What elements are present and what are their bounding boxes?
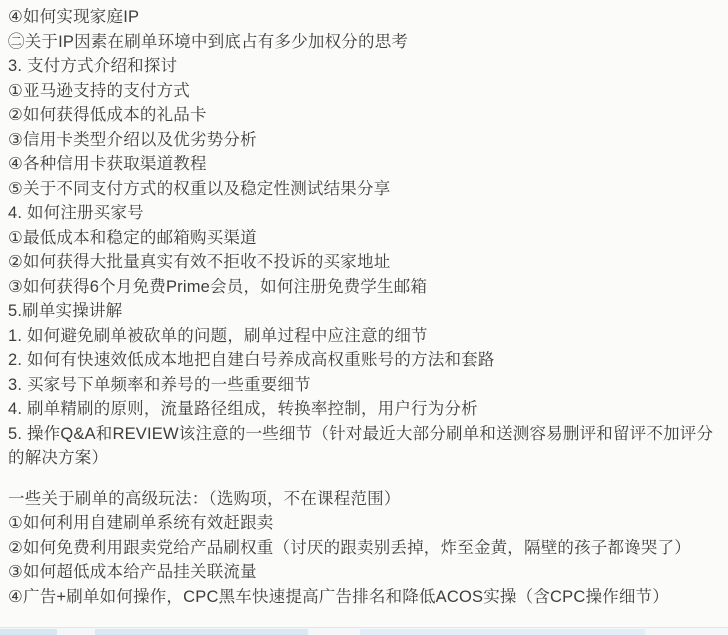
cutoff-button[interactable] [95, 629, 308, 635]
outline-line: ②如何获得大批量真实有效不拒收不投诉的买家地址 [8, 250, 720, 275]
outline-line: 1. 如何避免刷单被砍单的问题，刷单过程中应注意的细节 [8, 324, 720, 349]
cutoff-button[interactable] [360, 629, 645, 635]
outline-line: 4. 如何注册买家号 [8, 201, 720, 226]
outline-line: 5. 操作Q&A和REVIEW该注意的一些细节（针对最近大部分刷单和送测容易删评… [8, 422, 720, 471]
outline-line: ⑤关于不同支付方式的权重以及稳定性测试结果分享 [8, 177, 720, 202]
outline-line: ①如何利用自建刷单系统有效赶跟卖 [8, 511, 720, 536]
outline-line: 3. 买家号下单频率和养号的一些重要细节 [8, 373, 720, 398]
blank-line [8, 471, 720, 487]
cutoff-button[interactable] [0, 629, 57, 635]
outline-line: ④各种信用卡获取渠道教程 [8, 152, 720, 177]
outline-line: ②如何免费利用跟卖党给产品刷权重（讨厌的跟卖别丢掉，炸至金黄，隔壁的孩子都谗哭了… [8, 536, 720, 561]
course-outline: ④如何实现家庭IP ㊁关于IP因素在刷单环境中到底占有多少加权分的思考 3. 支… [0, 0, 728, 609]
outline-line: ③信用卡类型介绍以及优劣势分析 [8, 128, 720, 153]
outline-line: ㊁关于IP因素在刷单环境中到底占有多少加权分的思考 [8, 30, 720, 55]
outline-line: ①最低成本和稳定的邮箱购买渠道 [8, 226, 720, 251]
outline-line: ④广告+刷单如何操作，CPC黑车快速提高广告排名和降低ACOS实操（含CPC操作… [8, 585, 720, 610]
outline-line: ③如何获得6个月免费Prime会员，如何注册免费学生邮箱 [8, 275, 720, 300]
outline-line: ②如何获得低成本的礼品卡 [8, 103, 720, 128]
outline-line: 5.刷单实操讲解 [8, 299, 720, 324]
outline-line: 3. 支付方式介绍和探讨 [8, 54, 720, 79]
outline-line: ④如何实现家庭IP [8, 5, 720, 30]
outline-line: 2. 如何有快速效低成本地把自建白号养成高权重账号的方法和套路 [8, 348, 720, 373]
outline-line: ①亚马逊支持的支付方式 [8, 79, 720, 104]
outline-line: 一些关于刷单的高级玩法：（选购项，不在课程范围） [8, 487, 720, 512]
outline-line: ③如何超低成本给产品挂关联流量 [8, 560, 720, 585]
cutoff-bottom-toolbar [0, 627, 728, 635]
outline-line: 4. 刷单精刷的原则，流量路径组成，转换率控制，用户行为分析 [8, 397, 720, 422]
